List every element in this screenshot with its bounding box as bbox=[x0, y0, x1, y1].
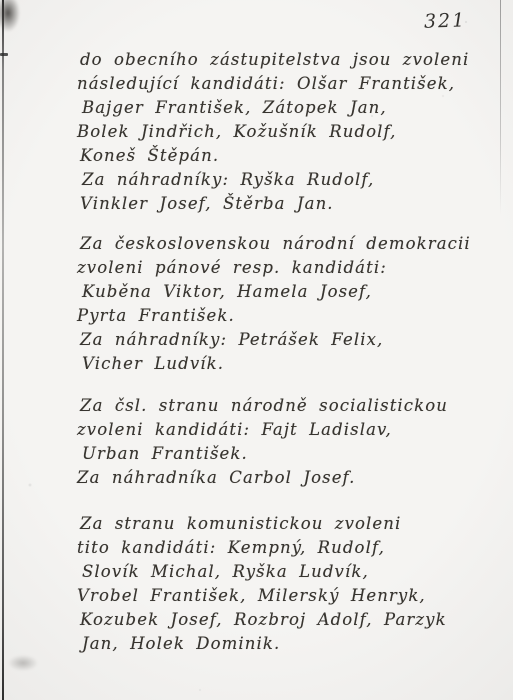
handwritten-line: Bajger František, Zátopek Jan, bbox=[82, 96, 485, 120]
handwritten-line: Jan, Holek Dominik. bbox=[82, 632, 485, 656]
paragraph-municipal-representatives: do obecního zástupitelstva jsou zvoleni … bbox=[80, 48, 485, 216]
scan-artifact-left-edge-line bbox=[2, 0, 4, 700]
handwritten-line: Za náhradníky: Petrášek Felix, bbox=[80, 328, 485, 352]
handwritten-line: Vicher Ludvík. bbox=[82, 352, 485, 376]
paragraph-national-socialists: Za čsl. stranu národně socialistickou zv… bbox=[80, 394, 485, 490]
page-number: 321 bbox=[424, 9, 467, 32]
scan-artifact-right-edge-line bbox=[500, 0, 501, 215]
handwritten-line: tito kandidáti: Kempný, Rudolf, bbox=[77, 536, 485, 560]
handwritten-line: Slovík Michal, Ryška Ludvík, bbox=[82, 560, 485, 584]
document-page: 321 do obecního zástupitelstva jsou zvol… bbox=[0, 0, 513, 700]
handwritten-line: zvoleni kandidáti: Fajt Ladislav, bbox=[77, 418, 485, 442]
paragraph-communist-party: Za stranu komunistickou zvoleni tito kan… bbox=[80, 512, 485, 656]
handwritten-line: zvoleni pánové resp. kandidáti: bbox=[77, 256, 485, 280]
handwritten-line: Kozubek Josef, Rozbroj Adolf, Parzyk bbox=[80, 608, 485, 632]
handwritten-line: následující kandidáti: Olšar František, bbox=[77, 72, 485, 96]
scan-artifact-corner-smudge bbox=[0, 0, 20, 32]
handwritten-line: do obecního zástupitelstva jsou zvoleni bbox=[80, 48, 485, 72]
handwritten-line: Koneš Štěpán. bbox=[80, 144, 485, 168]
handwritten-line: Vinkler Josef, Štěrba Jan. bbox=[80, 192, 485, 216]
handwritten-line: Za náhradníky: Ryška Rudolf, bbox=[82, 168, 485, 192]
handwritten-line: Urban František. bbox=[82, 442, 485, 466]
handwritten-line: Za stranu komunistickou zvoleni bbox=[80, 512, 485, 536]
handwritten-line: Bolek Jindřich, Kožušník Rudolf, bbox=[77, 120, 485, 144]
scan-artifact-bottom-smudge bbox=[8, 655, 38, 671]
handwritten-line: Pyrta František. bbox=[77, 304, 485, 328]
handwritten-line: Za náhradníka Carbol Josef. bbox=[77, 466, 485, 490]
handwritten-line: Za čsl. stranu národně socialistickou bbox=[80, 394, 485, 418]
handwritten-line: Za československou národní demokracii bbox=[80, 232, 485, 256]
paragraph-national-democracy: Za československou národní demokracii zv… bbox=[80, 232, 485, 376]
handwritten-line: Vrobel František, Milerský Henryk, bbox=[77, 584, 485, 608]
handwritten-line: Kuběna Viktor, Hamela Josef, bbox=[82, 280, 485, 304]
scan-artifact-left-tick bbox=[0, 53, 8, 56]
